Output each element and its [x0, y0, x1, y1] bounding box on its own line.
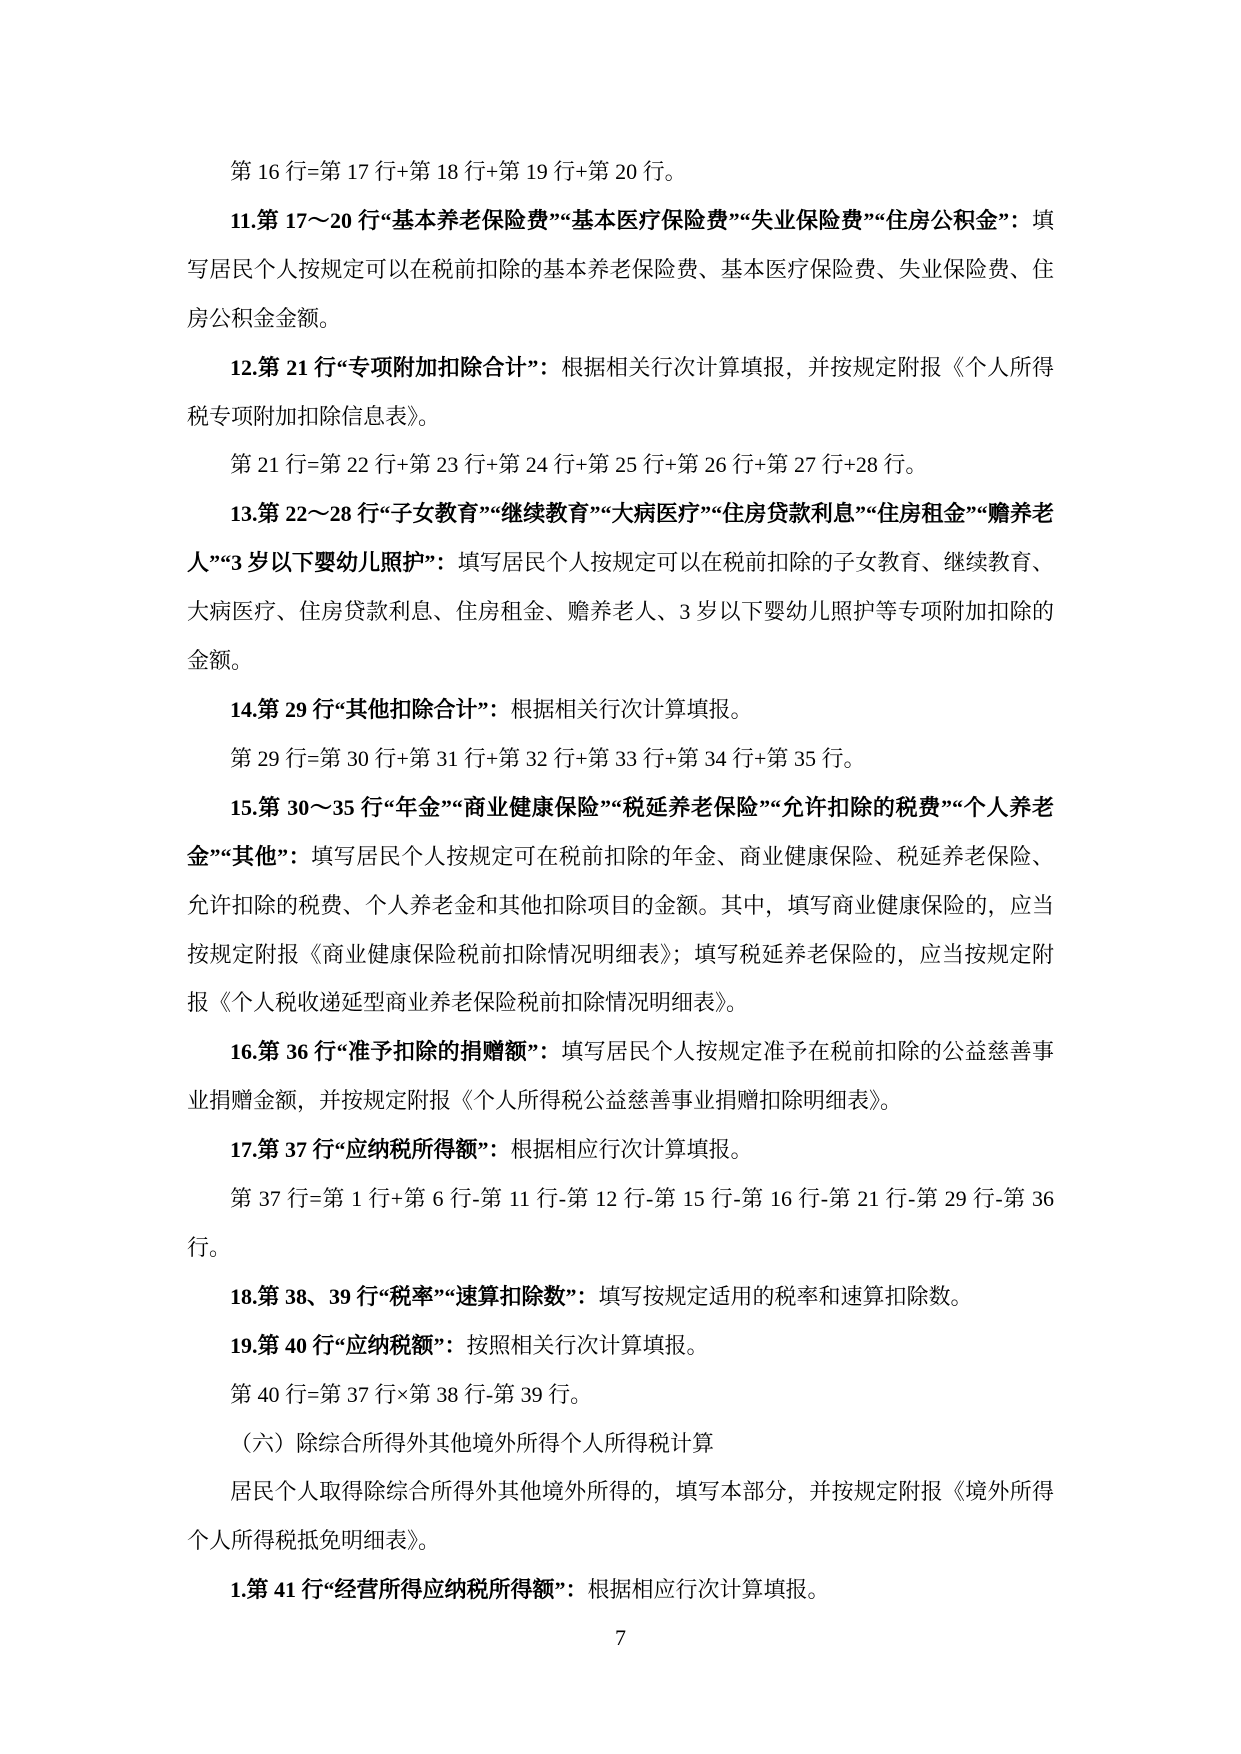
- paragraph-item-16: 16.第 36 行“准予扣除的捐赠额”：填写居民个人按规定准予在税前扣除的公益慈…: [187, 1028, 1054, 1126]
- paragraph-text: 第 40 行=第 37 行×第 38 行-第 39 行。: [230, 1382, 592, 1407]
- paragraph-formula-row21: 第 21 行=第 22 行+第 23 行+第 24 行+第 25 行+第 26 …: [187, 441, 1054, 490]
- paragraph-item-15: 15.第 30～35 行“年金”“商业健康保险”“税延养老保险”“允许扣除的税费…: [187, 784, 1054, 1029]
- page-number: 7: [0, 1614, 1241, 1662]
- paragraph-text: 根据相应行次计算填报。: [511, 1137, 753, 1162]
- paragraph-section-six-intro: 居民个人取得除综合所得外其他境外所得的，填写本部分，并按规定附报《境外所得个人所…: [187, 1468, 1054, 1566]
- paragraph-text: 第 16 行=第 17 行+第 18 行+第 19 行+第 20 行。: [230, 159, 687, 184]
- paragraph-lead: 17.第 37 行“应纳税所得额”：: [230, 1137, 511, 1162]
- paragraph-item-18: 18.第 38、39 行“税率”“速算扣除数”：填写按规定适用的税率和速算扣除数…: [187, 1273, 1054, 1322]
- paragraph-item-12: 12.第 21 行“专项附加扣除合计”：根据相关行次计算填报，并按规定附报《个人…: [187, 344, 1054, 442]
- paragraph-text: 第 29 行=第 30 行+第 31 行+第 32 行+第 33 行+第 34 …: [230, 746, 865, 771]
- paragraph-text: 填写居民个人按规定可在税前扣除的年金、商业健康保险、税延养老保险、允许扣除的税费…: [187, 844, 1054, 1016]
- paragraph-text: 按照相关行次计算填报。: [467, 1333, 709, 1358]
- paragraph-lead: 1.第 41 行“经营所得应纳税所得额”：: [230, 1577, 588, 1602]
- paragraph-formula-row29: 第 29 行=第 30 行+第 31 行+第 32 行+第 33 行+第 34 …: [187, 735, 1054, 784]
- paragraph-section-six-heading: （六）除综合所得外其他境外所得个人所得税计算: [187, 1420, 1054, 1469]
- paragraph-formula-row40: 第 40 行=第 37 行×第 38 行-第 39 行。: [187, 1371, 1054, 1420]
- paragraph-text: 填写按规定适用的税率和速算扣除数。: [599, 1284, 973, 1309]
- document-body: 第 16 行=第 17 行+第 18 行+第 19 行+第 20 行。 11.第…: [187, 148, 1054, 1615]
- paragraph-text: （六）除综合所得外其他境外所得个人所得税计算: [230, 1431, 714, 1456]
- paragraph-lead: 16.第 36 行“准予扣除的捐赠额”：: [230, 1039, 561, 1064]
- paragraph-text: 第 37 行=第 1 行+第 6 行-第 11 行-第 12 行-第 15 行-…: [187, 1186, 1054, 1260]
- paragraph-item-13: 13.第 22～28 行“子女教育”“继续教育”“大病医疗”“住房贷款利息”“住…: [187, 490, 1054, 686]
- paragraph-item-14: 14.第 29 行“其他扣除合计”：根据相关行次计算填报。: [187, 686, 1054, 735]
- paragraph-item-1-row41: 1.第 41 行“经营所得应纳税所得额”：根据相应行次计算填报。: [187, 1566, 1054, 1615]
- document-page: 第 16 行=第 17 行+第 18 行+第 19 行+第 20 行。 11.第…: [0, 0, 1241, 1754]
- paragraph-formula-row16: 第 16 行=第 17 行+第 18 行+第 19 行+第 20 行。: [187, 148, 1054, 197]
- paragraph-text: 根据相关行次计算填报。: [511, 697, 753, 722]
- paragraph-formula-row37: 第 37 行=第 1 行+第 6 行-第 11 行-第 12 行-第 15 行-…: [187, 1175, 1054, 1273]
- paragraph-item-19: 19.第 40 行“应纳税额”：按照相关行次计算填报。: [187, 1322, 1054, 1371]
- paragraph-text: 根据相应行次计算填报。: [588, 1577, 830, 1602]
- paragraph-item-11: 11.第 17～20 行“基本养老保险费”“基本医疗保险费”“失业保险费”“住房…: [187, 197, 1054, 344]
- paragraph-lead: 14.第 29 行“其他扣除合计”：: [230, 697, 511, 722]
- paragraph-lead: 19.第 40 行“应纳税额”：: [230, 1333, 467, 1358]
- paragraph-lead: 11.第 17～20 行“基本养老保险费”“基本医疗保险费”“失业保险费”“住房…: [230, 208, 1032, 233]
- paragraph-item-17: 17.第 37 行“应纳税所得额”：根据相应行次计算填报。: [187, 1126, 1054, 1175]
- paragraph-text: 第 21 行=第 22 行+第 23 行+第 24 行+第 25 行+第 26 …: [230, 452, 927, 477]
- paragraph-lead: 18.第 38、39 行“税率”“速算扣除数”：: [230, 1284, 599, 1309]
- paragraph-text: 居民个人取得除综合所得外其他境外所得的，填写本部分，并按规定附报《境外所得个人所…: [187, 1479, 1054, 1553]
- paragraph-lead: 12.第 21 行“专项附加扣除合计”：: [230, 355, 561, 380]
